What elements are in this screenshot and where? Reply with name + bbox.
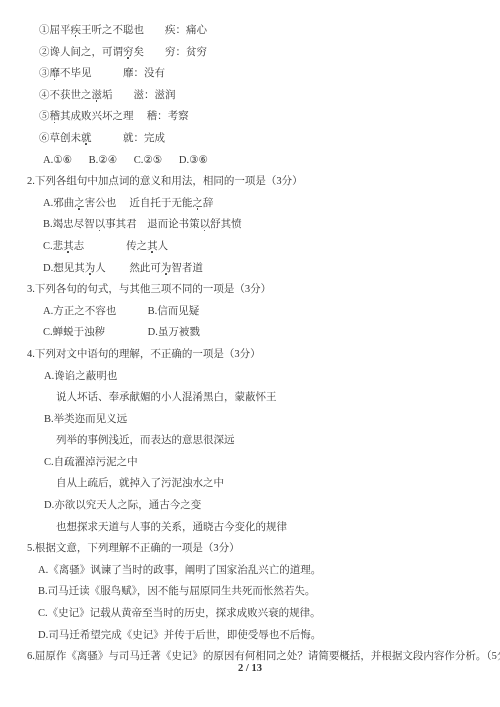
q4-option-d-phrase: D.亦欲以究天人之际，通古今之变 xyxy=(44,495,486,517)
q3-option-a: A.方正之不容也 xyxy=(43,301,145,323)
q1-choices: A.①⑥ B.②④ C.②⑤ D.③⑥ xyxy=(43,150,486,172)
emphasized-char: 之 xyxy=(74,198,85,209)
q5-stem: 5.根据文意，下列理解不正确的一项是（3分） xyxy=(27,538,486,560)
q3-option-b: B.信而见疑 xyxy=(148,306,200,317)
q2-option-b: B.竭忠尽智以事其君 退而论书策以舒其愤 xyxy=(43,214,486,236)
emphasized-char: 为 xyxy=(161,263,172,274)
q4-option-c-gloss: 自从上疏后，就掉入了污泥浊水之中 xyxy=(56,473,486,495)
emphasized-char: 为 xyxy=(85,263,96,274)
emphasized-char: 稽 xyxy=(50,111,61,122)
q4-option-a-gloss: 说人坏话、奉承献媚的小人混淆黑白，蒙蔽怀王 xyxy=(56,387,486,409)
q1-item-2: ②谗人间之，可谓穷矣 穷：贫穷 xyxy=(39,42,486,64)
emphasized-char: 滋 xyxy=(92,90,103,101)
page-number: 2 / 13 xyxy=(0,663,500,674)
q1-item-1: ①屈平疾王听之不聪也 疾：痛心 xyxy=(39,20,486,42)
q4-option-b-gloss: 列举的事例浅近，而表达的意思很深远 xyxy=(56,430,486,452)
q1-choice-b: B.②④ xyxy=(89,150,117,172)
q1-choice-a: A.①⑥ xyxy=(43,150,72,172)
q1-item-6: ⑥草创未就 就：完成 xyxy=(39,128,486,150)
emphasized-char: 疾 xyxy=(71,25,82,36)
emphasized-char: 其 xyxy=(147,241,158,252)
q3-row-1: A.方正之不容也 B.信而见疑 xyxy=(43,301,486,323)
q4-option-c-phrase: C.自疏濯淖污泥之中 xyxy=(44,452,486,474)
emphasized-char: 靡 xyxy=(50,68,61,79)
q2-option-a: A.邪曲之害公也 近自托于无能之辞 xyxy=(43,193,486,215)
q3-option-c: C.蝉蜕于浊秽 xyxy=(43,322,145,344)
emphasized-char: 之 xyxy=(192,198,203,209)
q5-option-c: C.《史记》记载从黄帝至当时的历史，探求成败兴衰的规律。 xyxy=(38,603,486,625)
q5-option-a: A.《离骚》讽谏了当时的政事，阐明了国家治乱兴亡的道理。 xyxy=(38,560,486,582)
emphasized-char: 以 xyxy=(200,219,211,230)
q5-option-b: B.司马迁读《服鸟赋》，因不能与屈原同生共死而怅然若失。 xyxy=(38,581,486,603)
q4-option-d-gloss: 也想探求天道与人事的关系，通晓古今变化的规律 xyxy=(56,517,486,539)
q1-item-4: ④不获世之滋垢 滋：滋润 xyxy=(39,85,486,107)
q3-option-d: D.虽万被戮 xyxy=(148,327,200,338)
q4-stem: 4.下列对文中语句的理解，不正确的一项是（3分） xyxy=(27,344,486,366)
emphasized-char: 就 xyxy=(81,133,92,144)
q1-choice-c: C.②⑤ xyxy=(134,150,162,172)
q4-option-a-phrase: A.谗谄之蔽明也 xyxy=(44,366,486,388)
q3-row-2: C.蝉蜕于浊秽 D.虽万被戮 xyxy=(43,322,486,344)
q1-item-5: ⑤稽其成败兴坏之理 稽：考察 xyxy=(39,106,486,128)
q1-item-3: ③靡不毕见 靡：没有 xyxy=(39,63,486,85)
emphasized-char: 以 xyxy=(95,219,106,230)
exam-content: ①屈平疾王听之不聪也 疾：痛心 ②谗人间之，可谓穷矣 穷：贫穷 ③靡不毕见 靡：… xyxy=(27,20,486,668)
q1-choice-d: D.③⑥ xyxy=(179,150,208,172)
q2-option-d: D.想见其为人 然此可为智者道 xyxy=(43,258,486,280)
q4-option-b-phrase: B.举类迩而见义远 xyxy=(44,409,486,431)
q3-stem: 3.下列各句的句式，与其他三项不同的一项是（3分） xyxy=(27,279,486,301)
emphasized-char: 其 xyxy=(63,241,74,252)
q2-option-c: C.悲其志 传之其人 xyxy=(43,236,486,258)
q5-option-d: D.司马迁希望完成《史记》并传于后世，即使受辱也不后悔。 xyxy=(38,625,486,647)
emphasized-char: 穷 xyxy=(123,47,134,58)
q2-stem: 2.下列各组句中加点词的意义和用法，相同的一项是（3分） xyxy=(27,171,486,193)
